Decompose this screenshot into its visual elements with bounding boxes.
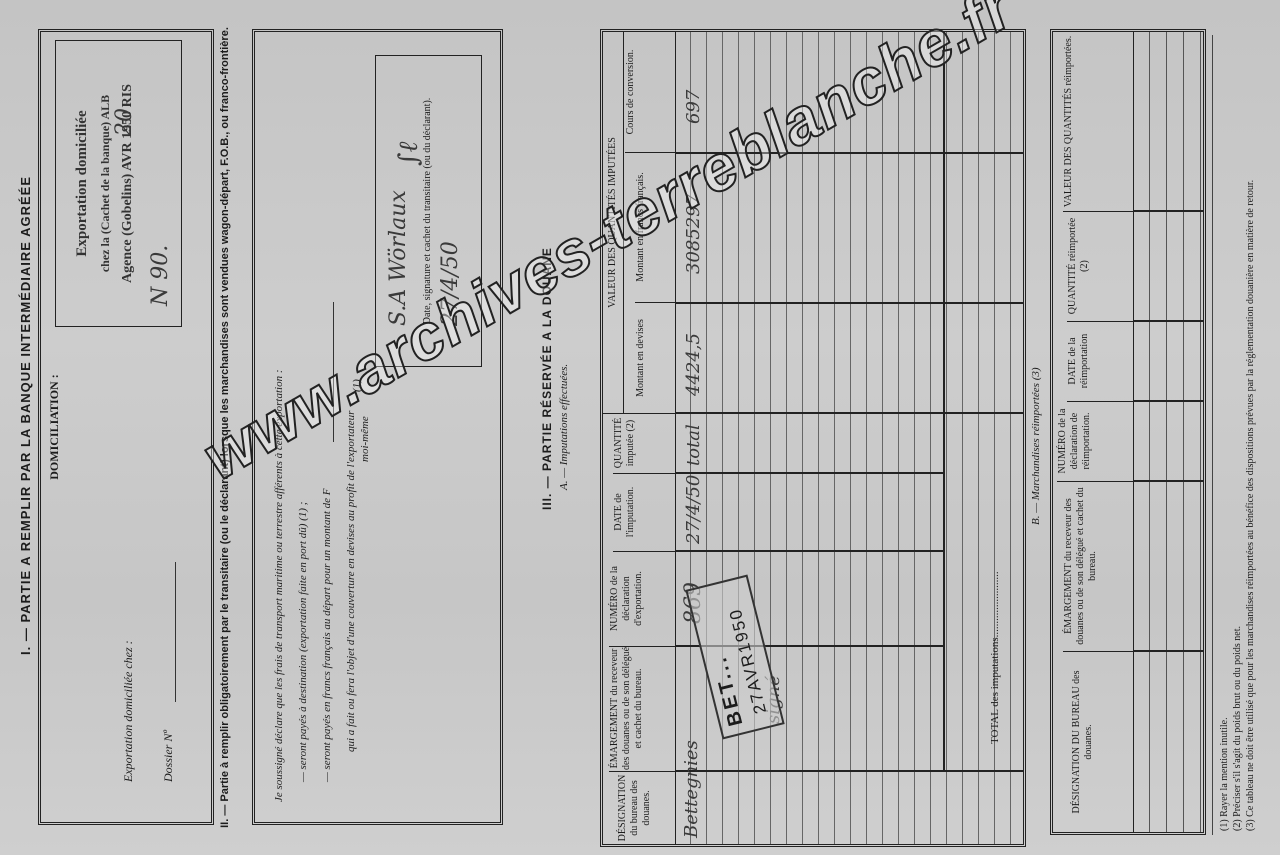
body-divider: [675, 473, 943, 475]
bank-stamp-line3: Agence (Gobelins) AVR 1950 RIS: [120, 41, 136, 326]
section3-title: III. — PARTIE RÉSERVÉE A LA DOUANE: [540, 247, 554, 510]
body-divider: [675, 771, 1023, 773]
customs-form-page: I. — PARTIE A REMPLIR PAR LA BANQUE INTE…: [0, 0, 1280, 855]
total-imputations-label: TOTAL des imputations...................…: [989, 571, 1001, 744]
reimport-table: DÉSIGNATION DU BUREAU des douanes. ÉMARG…: [1050, 29, 1206, 835]
col-bureau: DÉSIGNATION du bureau des douanes.: [617, 772, 653, 844]
cell-date: 27/4/50: [683, 475, 704, 544]
col-b-bureau: DÉSIGNATION DU BUREAU des douanes.: [1071, 652, 1095, 832]
col-valeur: VALEUR DES QUANTITÉS IMPUTÉES: [607, 32, 624, 413]
col-b-quantite: QUANTITÉ réimportée (2): [1067, 211, 1133, 322]
subtitle-a: A. — Imputations effectuées.: [558, 364, 570, 490]
col-b-valeur: VALEUR DES QUANTITÉS réimportées.: [1063, 32, 1133, 212]
bank-stamp-line2: chez la (Cachet de la banque) ALB: [98, 41, 113, 326]
footnote-rule: [1212, 35, 1213, 835]
bank-stamp-line1: Exportation domiciliée: [74, 41, 91, 326]
cell-bureau: Bettegnies: [681, 740, 702, 838]
col-valeur-group: VALEUR DES QUANTITÉS IMPUTÉES Montant en…: [603, 32, 675, 414]
subtitle-b: B. — Marchandises réimportées (3): [1030, 367, 1042, 525]
col-emargement: ÉMARGEMENT du receveur des douanes ou de…: [609, 646, 675, 772]
option-francs: — seront payés en francs français au dép…: [321, 488, 333, 782]
exportation-label: Exportation domiciliée chez :: [121, 640, 136, 782]
footnote-1: (1) Rayer la mention inutile.: [1218, 11, 1231, 831]
bank-stamp-date-overstamp: 20: [112, 108, 137, 136]
signature-box: S.A Wörlaux ∫ℓ Date, signature et cachet…: [375, 55, 482, 367]
option-couverture: qui a fait ou fera l'objet d'une couvert…: [345, 411, 357, 752]
amount-line: [333, 302, 334, 442]
signature-date: 27/4/50: [438, 241, 463, 326]
col-b-numero: NUMÉRO de la déclaration de réimportatio…: [1057, 401, 1133, 482]
body-divider: [1133, 401, 1203, 403]
body-divider: [675, 153, 1023, 155]
col-numero: NUMÉRO de la déclaration d'exportation.: [609, 551, 675, 647]
cell-cours: 697: [683, 90, 704, 124]
cell-montant-francs: 3085297: [683, 194, 704, 274]
bank-stamp-handwritten: N 90.: [148, 245, 173, 306]
subcol-cours: Cours de conversion.: [625, 32, 675, 153]
footnotes: (1) Rayer la mention inutile. (2) Précis…: [1218, 11, 1257, 831]
subcol-devises: Montant en devises: [635, 303, 647, 413]
dossier-line: [175, 562, 176, 702]
footnote-2: (2) Préciser s'il s'agit du poids brut o…: [1231, 11, 1244, 831]
body-divider: [675, 551, 943, 553]
signature-caption: Date, signature et cachet du transitaire…: [422, 56, 433, 366]
subcol-francs: Montant en francs français.: [635, 152, 675, 303]
total-row-rule: [943, 32, 945, 772]
signature-name: S.A Wörlaux: [386, 190, 411, 326]
option-moi-meme: moi-même: [359, 416, 371, 462]
section1-box: DOMICILIATION : Exportation domiciliée c…: [38, 29, 214, 825]
reimport-header: DÉSIGNATION DU BUREAU des douanes. ÉMARG…: [1053, 32, 1134, 832]
section1-title: I. — PARTIE A REMPLIR PAR LA BANQUE INTE…: [18, 0, 33, 855]
declaration-intro: Je soussigné déclare que les frais de tr…: [273, 370, 285, 803]
footnote-ref: (1): [351, 379, 363, 392]
col-b-emargement: ÉMARGEMENT du receveur des douanes ou de…: [1063, 481, 1133, 652]
bank-stamp-box: Exportation domiciliée chez la (Cachet d…: [55, 40, 182, 327]
dossier-label: Dossier Nº: [161, 730, 176, 782]
cell-quantite: total: [683, 424, 704, 466]
signature-scrawl: ∫ℓ: [394, 142, 424, 166]
body-divider: [1133, 321, 1203, 323]
col-quantite: QUANTITÉ imputée (2): [613, 413, 675, 474]
section2-title: II. — Partie à remplir obligatoirement p…: [218, 20, 232, 835]
body-divider: [675, 413, 1023, 415]
section2-box: Je soussigné déclare que les frais de tr…: [252, 29, 503, 825]
body-divider: [675, 303, 1023, 305]
body-divider: [1133, 211, 1203, 213]
col-b-date: DATE de la réimportation: [1067, 321, 1133, 402]
footnote-3: (3) Ce tableau ne doit être utilisé que …: [1244, 11, 1257, 831]
option-port-du: — seront payés à destination (exportatio…: [297, 502, 309, 782]
body-divider: [1133, 481, 1203, 483]
imputations-header: DÉSIGNATION du bureau des douanes. ÉMARG…: [603, 32, 676, 844]
body-divider: [1133, 651, 1203, 653]
cell-montant-devises: 4424,5: [683, 333, 704, 396]
reimport-body-rules: [1133, 32, 1203, 832]
imputations-table: DÉSIGNATION du bureau des douanes. ÉMARG…: [600, 29, 1026, 847]
col-date: DATE de l'imputation.: [613, 473, 675, 552]
